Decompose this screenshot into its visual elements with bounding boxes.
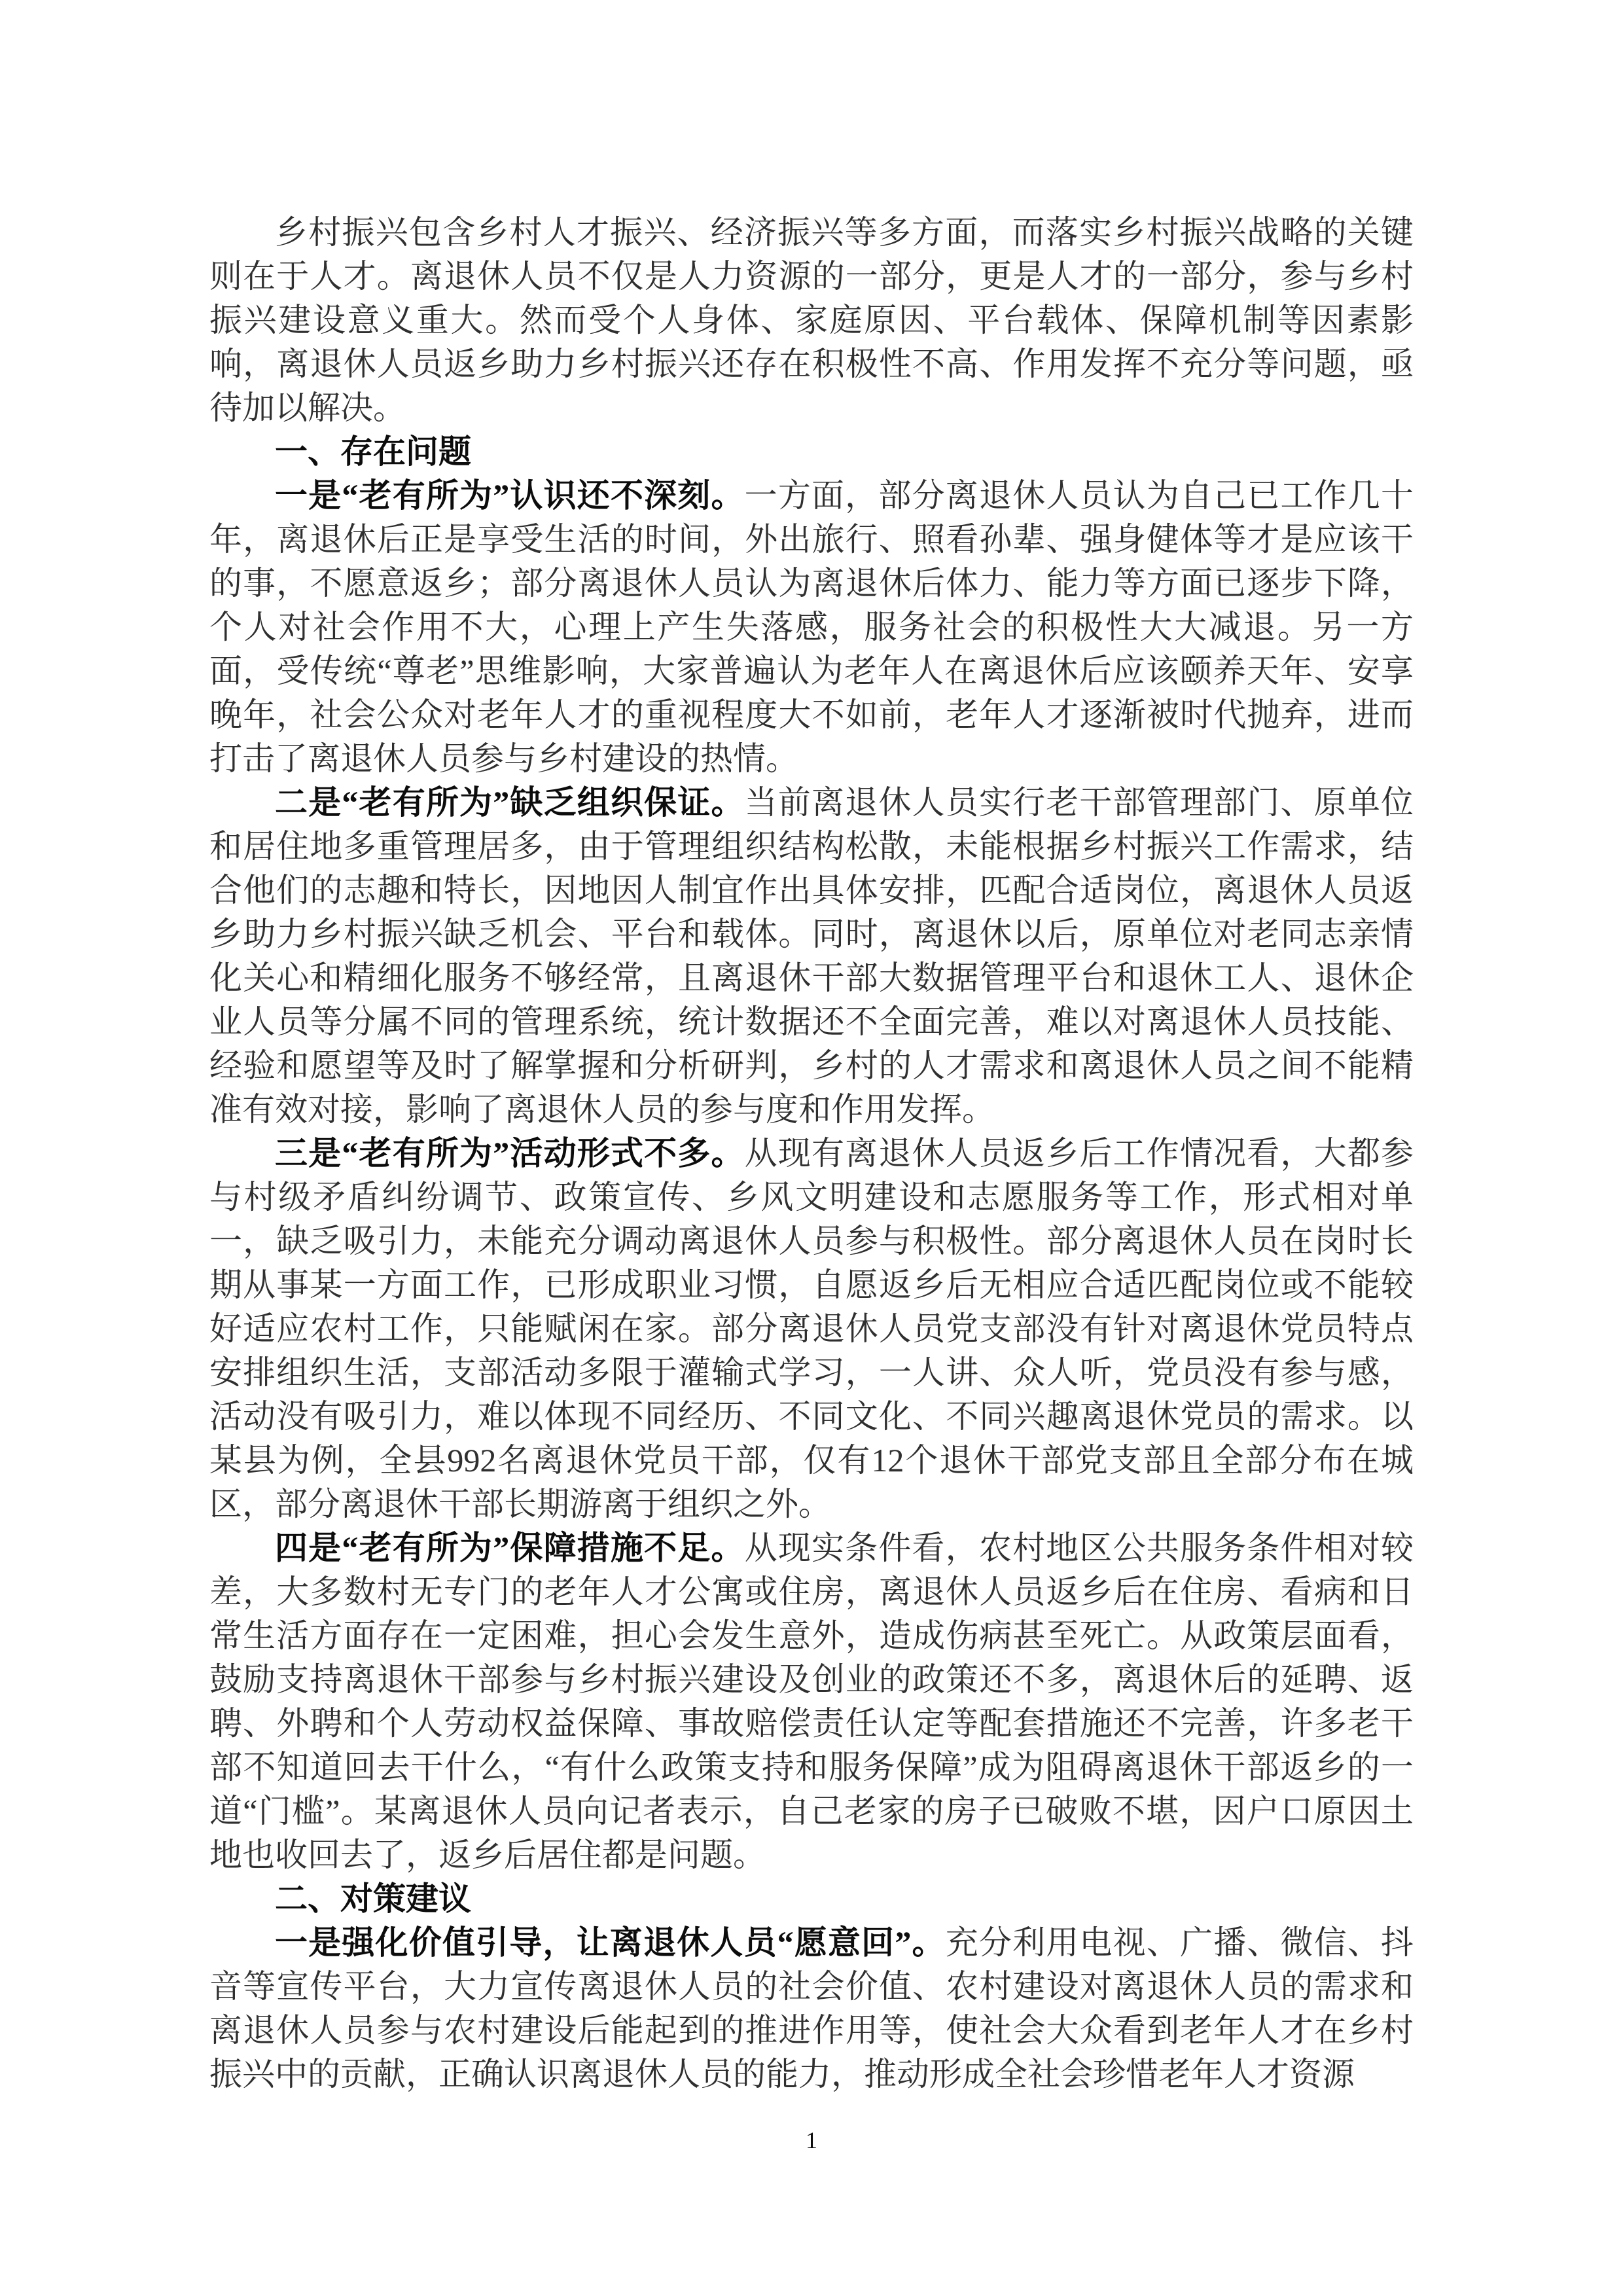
paragraph: 乡村振兴包含乡村人才振兴、经济振兴等多方面，而落实乡村振兴战略的关键则在于人才。… [209,211,1414,430]
paragraph-lead: 二是“老有所为”缺乏组织保证。 [275,784,745,821]
page-number: 1 [806,2127,817,2153]
paragraph-lead: 三是“老有所为”活动形式不多。 [275,1135,745,1172]
paragraph-lead: 一是强化价值引导，让离退休人员“愿意回”。 [275,1924,946,1961]
paragraph: 二是“老有所为”缺乏组织保证。当前离退休人员实行老干部管理部门、原单位和居住地多… [209,781,1414,1132]
paragraph-lead: 四是“老有所为”保障措施不足。 [275,1530,745,1566]
paragraph: 四是“老有所为”保障措施不足。从现实条件看，农村地区公共服务条件相对较差，大多数… [209,1526,1414,1877]
paragraph: 一是强化价值引导，让离退休人员“愿意回”。充分利用电视、广播、微信、抖音等宣传平… [209,1921,1414,2096]
paragraph: 一是“老有所为”认识还不深刻。一方面，部分离退休人员认为自己已工作几十年，离退休… [209,474,1414,781]
document-page: 乡村振兴包含乡村人才振兴、经济振兴等多方面，而落实乡村振兴战略的关键则在于人才。… [0,0,1623,2296]
section-heading-text: 一、存在问题 [275,433,471,470]
document-body: 乡村振兴包含乡村人才振兴、经济振兴等多方面，而落实乡村振兴战略的关键则在于人才。… [209,211,1414,2096]
paragraph: 三是“老有所为”活动形式不多。从现有离退休人员返乡后工作情况看，大都参与村级矛盾… [209,1132,1414,1526]
section-heading-text: 二、对策建议 [275,1880,471,1917]
section-heading: 一、存在问题 [209,430,1414,474]
section-heading: 二、对策建议 [209,1877,1414,1921]
paragraph-lead: 一是“老有所为”认识还不深刻。 [275,477,745,514]
page-footer: 1 [0,2126,1623,2155]
